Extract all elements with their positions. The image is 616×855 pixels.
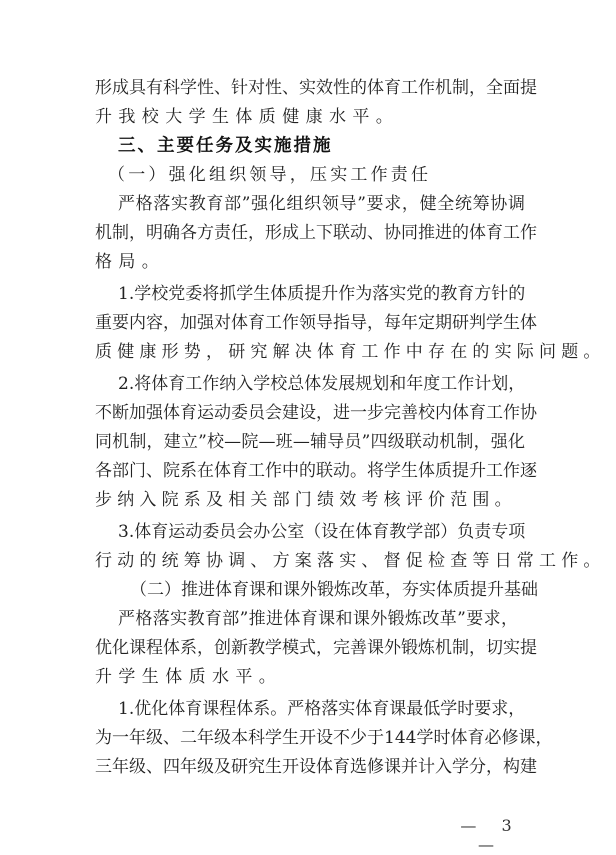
- section-heading: 三、主要任务及实施措施: [118, 135, 548, 157]
- paragraph-line: 1.学校党委将抓学生体质提升作为落实党的教育方针的: [118, 283, 525, 305]
- paragraph-line: 3.体育运动委员会办公室（设在体育教学部）负责专项: [118, 521, 525, 543]
- paragraph-line: 各部门、院系在体育工作中的联动。将学生体质提升工作逐: [95, 460, 525, 482]
- page-number: — 3 —: [446, 816, 536, 854]
- paragraph-line: 升学生体质水平。: [95, 666, 525, 688]
- paragraph-line: 质健康形势，研究解决体育工作中存在的实际问题。: [95, 341, 525, 363]
- paragraph-line: 优化课程体系，创新教学模式，完善课外锻炼机制，切实提: [95, 637, 525, 659]
- paragraph-line: 格局。: [95, 251, 525, 273]
- paragraph-line: 严格落实教育部”强化组织领导”要求，健全统筹协调: [118, 193, 525, 215]
- paragraph-line: 行动的统筹协调、方案落实、督促检查等日常工作。: [95, 550, 525, 572]
- paragraph-line: 机制，明确各方责任，形成上下联动、协同推进的体育工作: [95, 222, 525, 244]
- paragraph-line: 形成具有科学性、针对性、实效性的体育工作机制，全面提: [95, 77, 525, 99]
- paragraph-line: 三年级、四年级及研究生开设体育选修课并计入学分，构建: [95, 756, 525, 778]
- paragraph-line: 为一年级、二年级本科学生开设不少于144学时体育必修课，: [95, 727, 525, 749]
- subsection-heading: （二）推进体育课和课外锻炼改革，夯实体质提升基础: [130, 579, 525, 601]
- paragraph-line: 1.优化体育课程体系。严格落实体育课最低学时要求，: [118, 698, 518, 720]
- paragraph-line: 同机制，建立”校—院—班—辅导员”四级联动机制，强化: [95, 431, 525, 453]
- paragraph-line: 严格落实教育部”推进体育课和课外锻炼改革”要求，: [118, 608, 518, 630]
- paragraph-line: 重要内容，加强对体育工作领导指导，每年定期研判学生体: [95, 312, 525, 334]
- paragraph-line: 升我校大学生体质健康水平。: [95, 106, 525, 128]
- paragraph-line: 不断加强体育运动委员会建设，进一步完善校内体育工作协: [95, 402, 525, 424]
- document-page: 形成具有科学性、针对性、实效性的体育工作机制，全面提 升我校大学生体质健康水平。…: [0, 0, 616, 855]
- subsection-heading: （一）强化组织领导，压实工作责任: [108, 164, 538, 186]
- paragraph-line: 步纳入院系及相关部门绩效考核评价范围。: [95, 489, 525, 511]
- paragraph-line: 2.将体育工作纳入学校总体发展规划和年度工作计划，: [118, 373, 518, 395]
